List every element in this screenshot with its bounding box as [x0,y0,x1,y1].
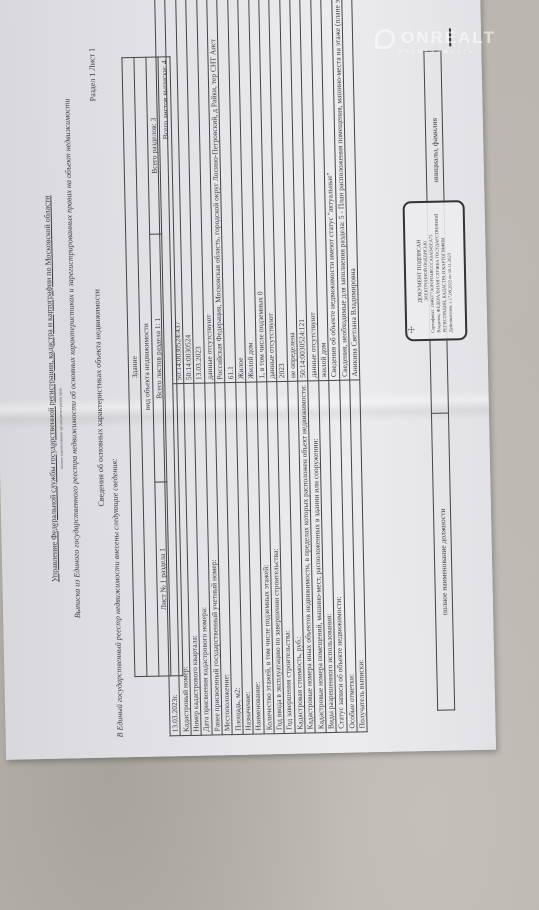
stamp-validity: Действителен: с 17.08.2022 по 10.11.2023 [446,208,455,332]
document-content: Управление Федеральной службы государств… [31,20,486,749]
signature-position-caption: полное наименование должности [431,413,454,710]
signature-table: полное наименование должности инициалы, … [423,51,455,711]
house-logo-icon [375,29,395,49]
characteristics-table: 13.03.2023г. Кадастровый номер:50:14:003… [153,0,368,736]
section-number: Раздел 1 Лист 1 [87,48,97,102]
document-title: Выписка из Единого государственного реес… [61,48,83,668]
brand-watermark: ONREALT недвижимость [375,28,496,55]
watermark-brand: ONREALT [401,28,496,47]
watermark-tagline: недвижимость [399,49,496,55]
egrn-intro: В Единый государственный реестр недвижим… [110,458,125,737]
e-signature-stamp: ☩ ДОКУМЕНТ ПОДПИСАН ЭЛЕКТРОННОЙ ПОДПИСЬЮ… [403,200,468,341]
document-subtitle: Сведения об основных характеристиках объ… [90,188,108,608]
document-sheet: Управление Федеральной службы государств… [0,0,496,760]
emblem-icon: ☩ [409,326,415,333]
